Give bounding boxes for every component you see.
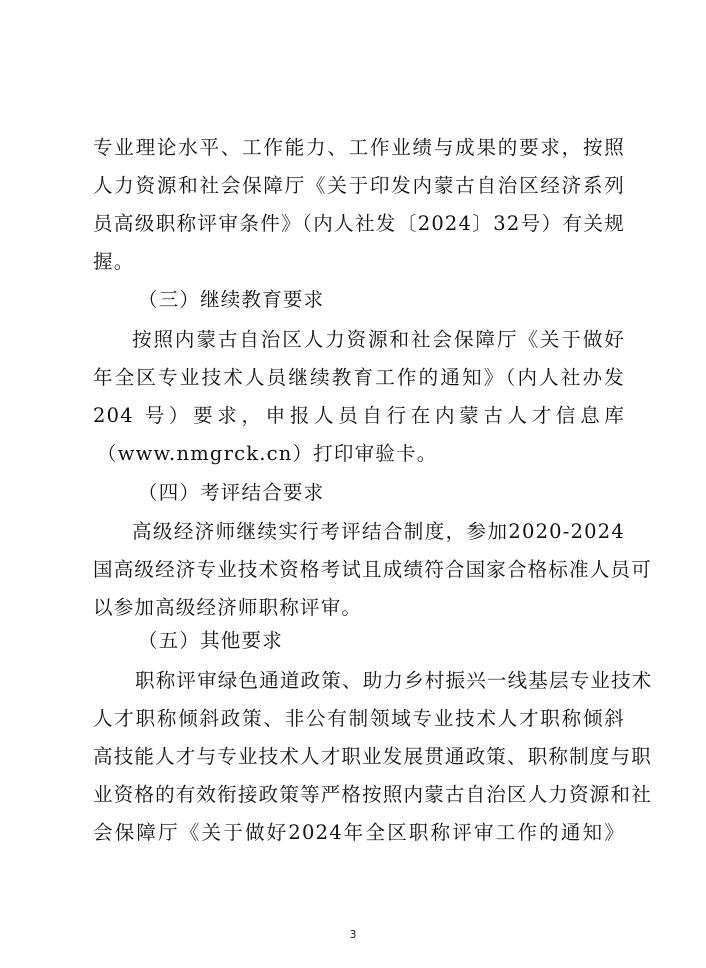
paragraph-line: 业资格的有效衔接政策等严格按照内蒙古自治区人力资源和社	[93, 782, 625, 808]
paragraph-line: 员高级职称评审条件》（内人社发〔2024〕32号）有关规定掌	[93, 211, 625, 237]
paragraph-line: 国高级经济专业技术资格考试且成绩符合国家合格标准人员可	[93, 557, 625, 583]
section-heading-other-requirements: （五）其他要求	[138, 628, 625, 654]
paragraph-line-url: （www.nmgrck.cn）打印审验卡。	[97, 441, 629, 467]
paragraph-line: 以参加高级经济师职称评审。	[93, 595, 625, 621]
section-heading-continuing-education: （三）继续教育要求	[138, 287, 625, 313]
paragraph-line: 会保障厅《关于做好2024年全区职称评审工作的通知》（内人	[93, 820, 625, 846]
paragraph-line: 人才职称倾斜政策、非公有制领域专业技术人才职称倾斜政策、	[93, 706, 625, 732]
page-number: 3	[0, 928, 706, 941]
document-page: 专业理论水平、工作能力、工作业绩与成果的要求，按照自治区 人力资源和社会保障厅《…	[0, 0, 706, 968]
paragraph-line: 握。	[93, 249, 625, 275]
paragraph-line: 职称评审绿色通道政策、助力乡村振兴一线基层专业技术	[135, 668, 628, 694]
paragraph-line: 人力资源和社会保障厅《关于印发内蒙古自治区经济系列专业人	[93, 173, 625, 199]
paragraph-line: 204 号）要求，申报人员自行在内蒙古人才信息库	[93, 403, 625, 429]
paragraph-line: 专业理论水平、工作能力、工作业绩与成果的要求，按照自治区	[93, 135, 625, 161]
section-heading-exam-review: （四）考评结合要求	[138, 480, 625, 506]
paragraph-line: 按照内蒙古自治区人力资源和社会保障厅《关于做好 2024	[132, 327, 625, 353]
paragraph-line: 高技能人才与专业技术人才职业发展贯通政策、职称制度与职	[93, 744, 625, 770]
paragraph-line: 年全区专业技术人员继续教育工作的通知》（内人社办发〔2023〕	[93, 365, 625, 391]
paragraph-line: 高级经济师继续实行考评结合制度，参加2020-2024年度全	[132, 519, 625, 545]
